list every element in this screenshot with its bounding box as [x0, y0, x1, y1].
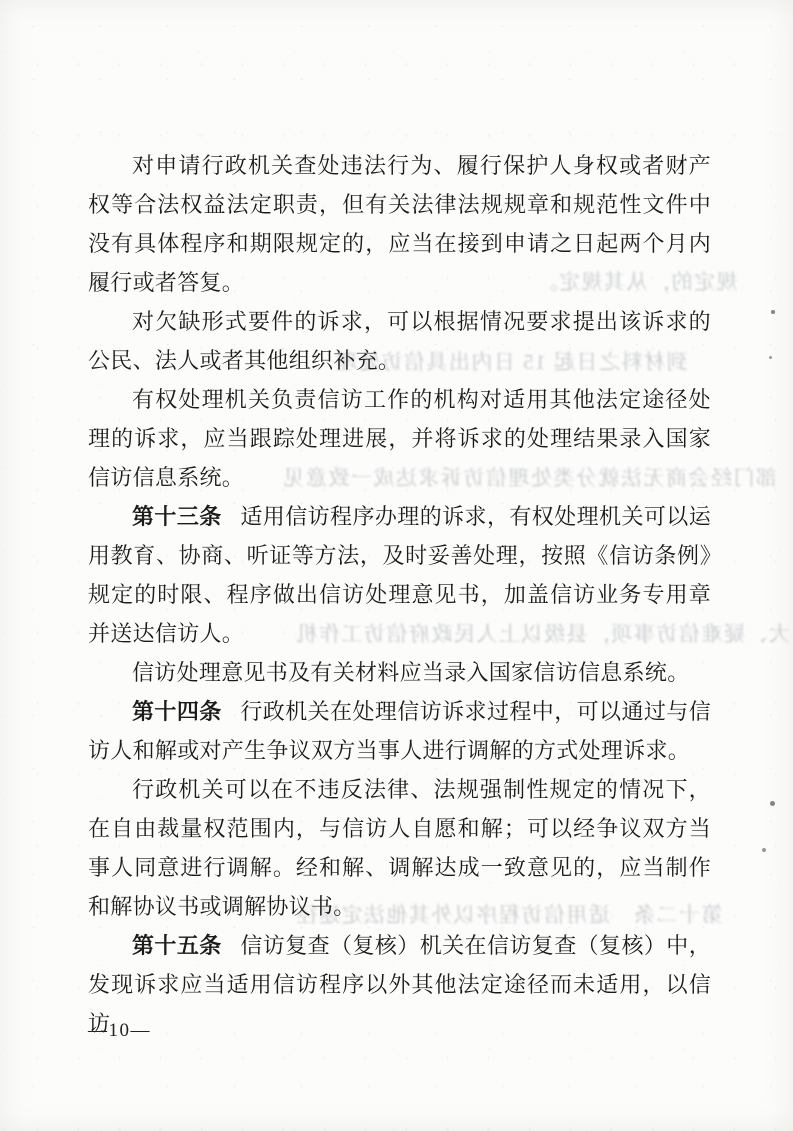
- ink-speck: [769, 356, 772, 359]
- paragraph-article-13: 第十三条适用信访程序办理的诉求，有权处理机关可以运用教育、协商、听证等方法，及时…: [88, 497, 711, 653]
- paragraph: 有权处理机关负责信访工作的机构对适用其他法定途径处理的诉求，应当跟踪处理进展，并…: [88, 380, 711, 497]
- paragraph-text: 对欠缺形式要件的诉求，可以根据情况要求提出该诉求的公民、法人或者其他组织补充。: [88, 309, 711, 373]
- ink-speck: [762, 848, 766, 852]
- paragraph-text: 有权处理机关负责信访工作的机构对适用其他法定途径处理的诉求，应当跟踪处理进展，并…: [88, 387, 711, 490]
- ink-speck: [771, 310, 775, 314]
- paragraph-text: 信访处理意见书及有关材料应当录入国家信访信息系统。: [132, 660, 690, 685]
- ink-speck: [770, 801, 775, 806]
- article-number: 第十五条: [132, 933, 222, 958]
- paragraph-article-14: 第十四条行政机关在处理信访诉求过程中，可以通过与信访人和解或对产生争议双方当事人…: [88, 692, 711, 770]
- page-number: —10—: [88, 1020, 151, 1042]
- paragraph: 信访处理意见书及有关材料应当录入国家信访信息系统。: [88, 653, 711, 692]
- paragraph: 对欠缺形式要件的诉求，可以根据情况要求提出该诉求的公民、法人或者其他组织补充。: [88, 302, 711, 380]
- paragraph: 行政机关可以在不违反法律、法规强制性规定的情况下，在自由裁量权范围内，与信访人自…: [88, 770, 711, 926]
- article-number: 第十四条: [132, 699, 222, 724]
- paragraph-text: 对申请行政机关查处违法行为、履行保护人身权或者财产权等合法权益法定职责，但有关法…: [88, 153, 711, 295]
- scanned-document-page: 规定的，从其规定。 到材料之日起 15 日内出具信访处理 部门经会商无法就分类处…: [0, 0, 793, 1131]
- document-body: 对申请行政机关查处违法行为、履行保护人身权或者财产权等合法权益法定职责，但有关法…: [88, 146, 711, 1043]
- paragraph-article-15: 第十五条信访复查（复核）机关在信访复查（复核）中，发现诉求应当适用信访程序以外其…: [88, 926, 711, 1043]
- article-number: 第十三条: [132, 504, 222, 529]
- paragraph-text: 行政机关可以在不违反法律、法规强制性规定的情况下，在自由裁量权范围内，与信访人自…: [88, 777, 711, 919]
- paragraph: 对申请行政机关查处违法行为、履行保护人身权或者财产权等合法权益法定职责，但有关法…: [88, 146, 711, 302]
